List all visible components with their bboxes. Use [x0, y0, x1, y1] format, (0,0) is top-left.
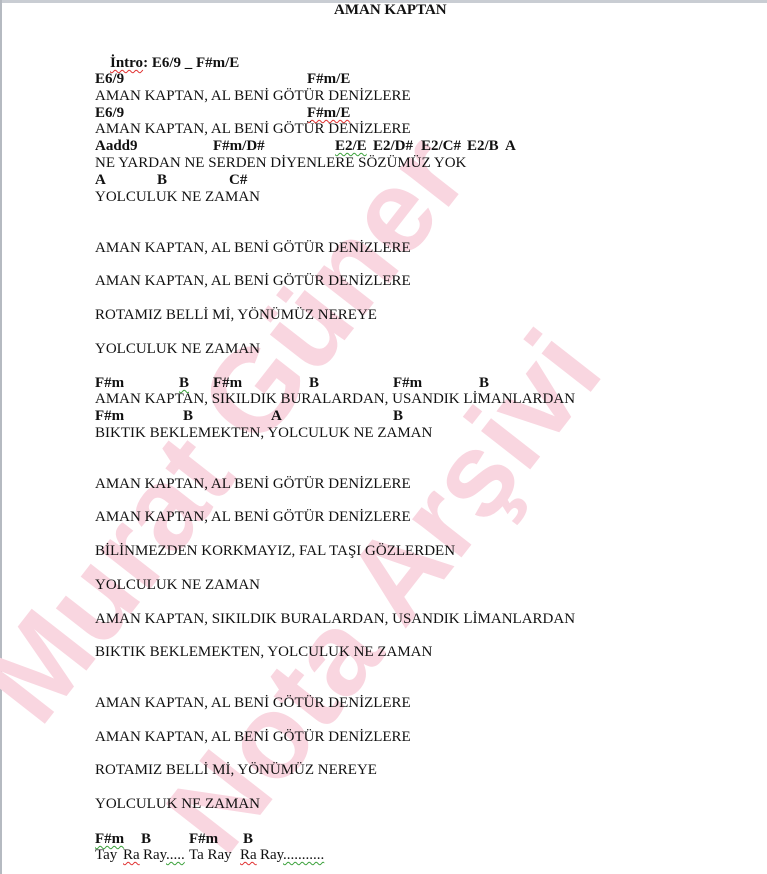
chord-line: F#m B F#m B — [95, 831, 495, 848]
lyric-line: ROTAMIZ BELLİ Mİ, YÖNÜMÜZ NEREYE — [95, 307, 377, 324]
chord: B — [479, 375, 489, 392]
chord: F#m/E — [307, 71, 350, 88]
chord: E2/D# — [373, 138, 413, 155]
lyric-line: AMAN KAPTAN, SIKILDIK BURALARDAN, USANDI… — [95, 611, 575, 628]
chord: F#m — [95, 831, 134, 848]
lyric-word: Tay — [95, 847, 117, 864]
chord: F#m — [95, 408, 124, 425]
lyric-line: AMAN KAPTAN, SIKILDIK BURALARDAN, USANDI… — [95, 391, 575, 408]
chord: E2/C# — [421, 138, 461, 155]
lyric-word: Ra — [123, 847, 140, 864]
chord-line: E6/9 F#m/E — [95, 71, 695, 88]
chord: C# — [229, 172, 247, 189]
chord: E2/E — [335, 138, 367, 155]
lyric-line: YOLCULUK NE ZAMAN — [95, 189, 260, 206]
chord: B — [309, 375, 319, 392]
chord: F#m/D# — [213, 138, 265, 155]
lyric-line: NE YARDAN NE SERDEN DİYENLERE SÖZÜMÜZ YO… — [95, 155, 466, 172]
intro-separator: : — [143, 55, 152, 71]
chord: F#m — [213, 375, 242, 392]
chord: B — [243, 831, 253, 848]
chord: F#m — [189, 831, 218, 848]
intro-label: İntro — [110, 55, 143, 71]
lyric-line: BIKTIK BEKLEMEKTEN, YOLCULUK NE ZAMAN — [95, 425, 432, 442]
chord-line: Aadd9 F#m/D# E2/E E2/D# E2/C# E2/B A — [95, 138, 735, 155]
chord: E2/B — [467, 138, 499, 155]
chord: F#m — [95, 375, 124, 392]
lyric-line: AMAN KAPTAN, AL BENİ GÖTÜR DENİZLERE — [95, 121, 411, 138]
lyric-dots: ..... — [166, 847, 185, 864]
chord: Aadd9 — [95, 138, 138, 155]
chord-line: A B C# — [95, 172, 695, 189]
lyric-line: AMAN KAPTAN, AL BENİ GÖTÜR DENİZLERE — [95, 88, 411, 105]
lyric-line: AMAN KAPTAN, AL BENİ GÖTÜR DENİZLERE — [95, 476, 411, 493]
lyric-line: BİLİNMEZDEN KORKMAYIZ, FAL TAŞI GÖZLERDE… — [95, 543, 455, 560]
chord: B — [183, 408, 193, 425]
chord-line: F#m B A B — [95, 408, 695, 425]
document-page: AMAN KAPTAN İntro: E6/9 _ F#m/E E6/9 F#m… — [0, 0, 767, 874]
chord: B — [393, 408, 403, 425]
lyric-word: Ray — [260, 847, 284, 864]
chord: A — [271, 408, 282, 425]
chord: B — [141, 831, 151, 848]
lyric-line: ROTAMIZ BELLİ Mİ, YÖNÜMÜZ NEREYE — [95, 762, 377, 779]
lyric-line: YOLCULUK NE ZAMAN — [95, 341, 260, 358]
chord: B — [179, 375, 209, 392]
chord: A — [505, 138, 516, 155]
chord: F#m/E — [307, 105, 350, 122]
lyric-line: AMAN KAPTAN, AL BENİ GÖTÜR DENİZLERE — [95, 695, 411, 712]
lyric-line: AMAN KAPTAN, AL BENİ GÖTÜR DENİZLERE — [95, 509, 411, 526]
lyric-line: AMAN KAPTAN, AL BENİ GÖTÜR DENİZLERE — [95, 240, 411, 257]
lyric-word: Ra — [240, 847, 257, 864]
chord: E6/9 — [95, 71, 124, 88]
lyric-word: Ray — [143, 847, 167, 864]
chord: B — [157, 172, 167, 189]
chord: A — [95, 172, 106, 189]
chord: F#m — [393, 375, 422, 392]
lyric-line: BIKTIK BEKLEMEKTEN, YOLCULUK NE ZAMAN — [95, 644, 432, 661]
song-title: AMAN KAPTAN — [334, 2, 447, 19]
intro-chords: E6/9 _ F#m/E — [152, 55, 240, 71]
lyric-dots: ........... — [283, 847, 324, 864]
lyric-word: Ta Ray — [189, 847, 232, 864]
chord-line: E6/9 F#m/E — [95, 105, 695, 122]
lyric-line: YOLCULUK NE ZAMAN — [95, 577, 260, 594]
lyric-line: Tay Ra Ray ..... Ta Ray Ra Ray .........… — [95, 847, 495, 864]
chord: E6/9 — [95, 105, 124, 122]
lyric-line: AMAN KAPTAN, AL BENİ GÖTÜR DENİZLERE — [95, 273, 411, 290]
lyric-line: YOLCULUK NE ZAMAN — [95, 796, 260, 813]
lyric-line: AMAN KAPTAN, AL BENİ GÖTÜR DENİZLERE — [95, 729, 411, 746]
chord-line: F#m B F#m B F#m B — [95, 375, 735, 392]
